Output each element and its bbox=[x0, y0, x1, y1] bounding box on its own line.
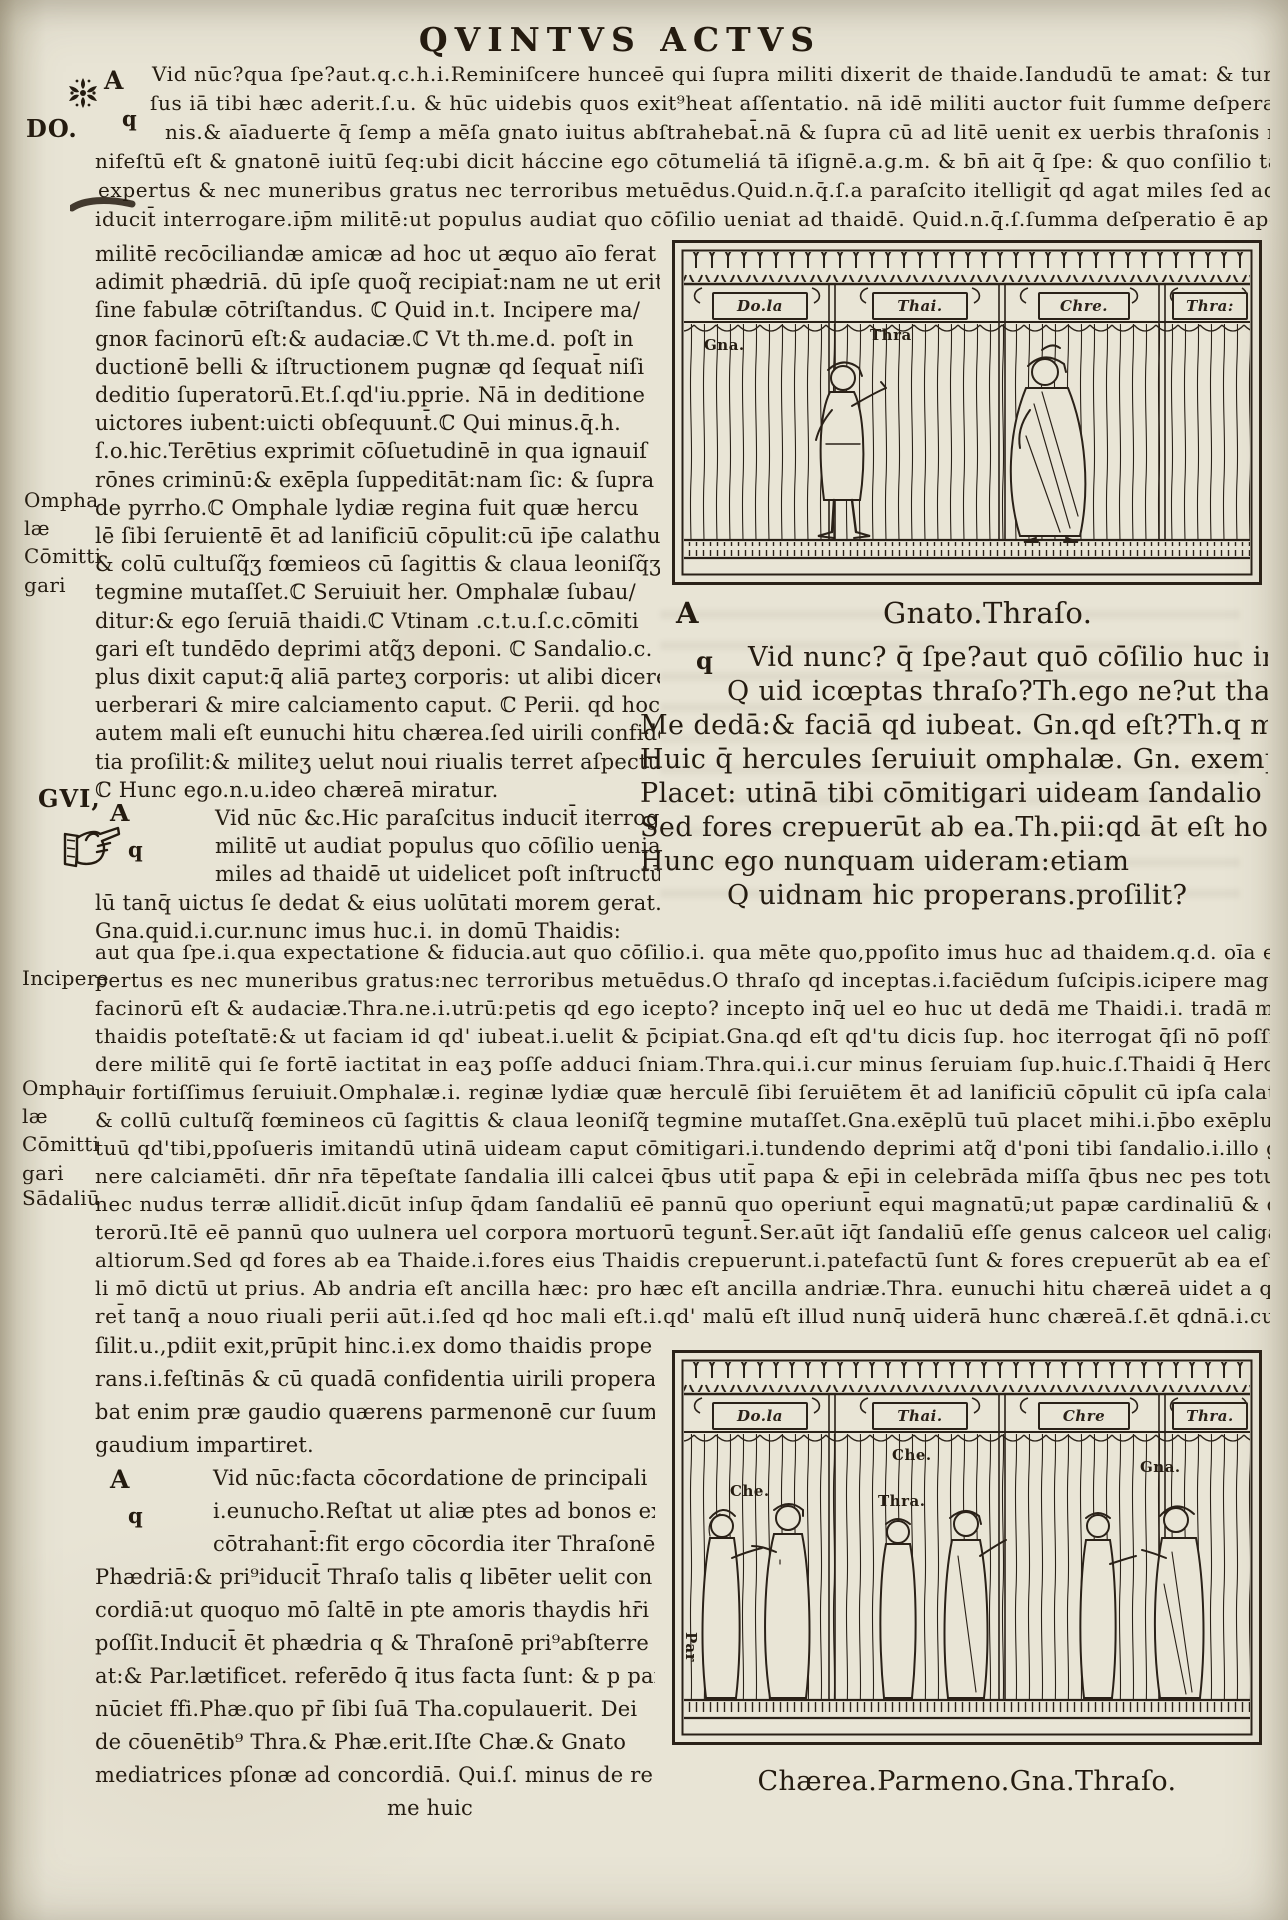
name-plaque: Do.la bbox=[712, 292, 808, 320]
name-plaque: Chre bbox=[1038, 1402, 1130, 1430]
bottom-lines: ſilit.u.,pdiit exit,prūpit hinc.i.ex dom… bbox=[95, 1330, 655, 1462]
text-line: dere militē qui ſe fortē iactitat in eaʒ… bbox=[95, 1050, 1270, 1078]
text-line: tegmine mutaſſet.ℂ Seruiuit her. Omphalæ… bbox=[95, 578, 660, 606]
text-line: nere calciamēti. dn̄r nr̄a tēpeſtate ſan… bbox=[95, 1162, 1270, 1190]
text-line: de pyrrho.ℂ Omphale lydiæ regina fuit qu… bbox=[95, 494, 660, 522]
margin-note: læ bbox=[22, 1102, 99, 1130]
figure-label: Thra. bbox=[878, 1492, 925, 1510]
text-line: i.eunucho.Reſtat ut aliæ ptes ad bonos e… bbox=[95, 1495, 655, 1528]
text-line: ſine fabulæ cōtriſtandus. ℂ Quid in.t. I… bbox=[95, 296, 660, 324]
verse-line: Placet: utinā tibi cōmitigari uideam ſan… bbox=[640, 777, 1268, 811]
text-line: nec nudus terræ allidit̄.dicūt inſup q̄d… bbox=[95, 1190, 1270, 1218]
text-line: autem mali eſt eunuchi hitu chærea.ſed u… bbox=[95, 719, 660, 747]
text-line: pertus es nec muneribus gratus:nec terro… bbox=[95, 966, 1270, 994]
text-line: tia proſilit:& militeʒ uelut noui riuali… bbox=[95, 748, 660, 776]
verse-line: Q uidnam hic properans.proſilit? bbox=[640, 879, 1268, 913]
text-line: Vid nūc:facta cōcordatione de principali… bbox=[95, 1462, 655, 1495]
text-line: poſſit.Inducit̄ ēt phædria q & Thraſonē … bbox=[95, 1627, 655, 1660]
text-line: adimit phædriā. dū ipſe quoq̃ recipiat̄:… bbox=[95, 268, 660, 296]
woodcut-illustration-2: Do.la Thai. Chre Thra. Che. Che. Thra. G… bbox=[672, 1350, 1262, 1745]
verse-line: Me dedā:& faciā qd iubeat. Gn.qd eſt?Th.… bbox=[640, 709, 1268, 743]
commentary-mid: aut qua ſpe.i.qua expectatione & fiducia… bbox=[95, 938, 1270, 1330]
figure-attendant bbox=[880, 1519, 915, 1698]
figure-label: Gna. bbox=[1140, 1458, 1181, 1476]
margin-note: Ompha bbox=[22, 1074, 99, 1102]
text-line: rans.i.feſtinās & cū quadā confidentia u… bbox=[95, 1363, 655, 1396]
text-line: plus dixit caput:q̄ aliā parteʒ corporis… bbox=[95, 663, 660, 691]
commentary-left: militē recōciliandæ amicæ ad hoc ut æquo… bbox=[95, 240, 660, 945]
text-line: Phædriā:& pri⁹iducit̄ Thraſo talis q lib… bbox=[95, 1561, 655, 1594]
gloss-initial-q: q bbox=[128, 1499, 143, 1532]
margin-note-gui: GVI, bbox=[38, 784, 101, 813]
figure-label: Che. bbox=[730, 1482, 770, 1500]
text-line: expertus & nec muneribus gratus nec terr… bbox=[95, 176, 1270, 205]
page-title: QVINTVS ACTVS bbox=[300, 20, 940, 59]
play-text: q Vid nunc? q̄ ſpe?aut quō cōſilio huc i… bbox=[640, 641, 1268, 913]
text-line: tuū qd'tibi,ppoſueris imitandū utinā uid… bbox=[95, 1134, 1270, 1162]
commentary-bottom-left: ſilit.u.,pdiit exit,prūpit hinc.i.ex dom… bbox=[95, 1330, 655, 1825]
text-line: Vid nūc &c.Hic paraſcitus inducit̄ iterr… bbox=[95, 804, 660, 832]
margin-notes-omphale-2: OmphalæCōmittigari bbox=[22, 1074, 99, 1187]
woodcut-illustration-1: Do.la Thai. Chre. Thra: Gna. Thra bbox=[672, 240, 1262, 585]
scene-caption-2: Chærea.Parmeno.Gna.Thraſo. bbox=[672, 1766, 1262, 1797]
text-line: deditio ſuperatorū.Et.ſ.qd'iu.pprie. Nā … bbox=[95, 381, 660, 409]
name-plaque: Thra. bbox=[1172, 1402, 1248, 1430]
text-line: uerberari & mire calciamento caput. ℂ Pe… bbox=[95, 691, 660, 719]
margin-notes-omphale-1: OmphalæCōmittigari bbox=[24, 486, 101, 599]
scene-letter: A bbox=[676, 596, 699, 630]
text-line: bat enim præ gaudio quærens parmenonē cu… bbox=[95, 1396, 655, 1429]
name-plaque: Do.la bbox=[712, 1402, 808, 1430]
gloss-initial-q: q bbox=[128, 836, 143, 864]
text-line: rōnes criminū:& exēpla ſuppeditāt:nam ſi… bbox=[95, 466, 660, 494]
text-line: & collū cultuſq̃ fœmineos cū ſagittis & … bbox=[95, 1106, 1270, 1134]
book-page: QVINTVS ACTVS DO. OmphalæCōmittigari GVI… bbox=[0, 0, 1288, 1920]
gloss-initial-a: A bbox=[104, 66, 124, 95]
name-plaque: Thai. bbox=[872, 292, 968, 320]
text-line: thaidis poteſtatē:& ut faciam id qd' iub… bbox=[95, 1022, 1270, 1050]
verse-text: Vid nunc? q̄ ſpe?aut quō cōſilio huc imu… bbox=[748, 642, 1268, 673]
text-line: nifeſtū eſt & gnatonē iuitū ſeq:ubi dici… bbox=[95, 147, 1270, 176]
text-line: terorū.Itē eē pannū quo uulnera uel corp… bbox=[95, 1218, 1270, 1246]
text-line: militē ut audiat populus quo cōſilio uen… bbox=[95, 832, 660, 860]
text-line: iducit̄ interrogare.ip̄m militē:ut popul… bbox=[95, 205, 1270, 234]
text-line: gnoʀ facinorū eſt:& audaciæ.ℂ Vt th.me.d… bbox=[95, 325, 660, 353]
verse-line: Q uid icœptas thraſo?Th.ego ne?ut thaidi bbox=[640, 675, 1268, 709]
text-line: de cōuenētib⁹ Thra.& Phæ.erit.Iſte Chæ.&… bbox=[95, 1726, 655, 1759]
text-line: mediatrices pſonæ ad concordiā. Qui.ſ. m… bbox=[95, 1759, 655, 1792]
gloss-initial-q: q bbox=[122, 104, 137, 133]
text-line: li mō dictū ut prius. Ab andria eſt anci… bbox=[95, 1274, 1270, 1302]
text-line: ſilit.u.,pdiit exit,prūpit hinc.i.ex dom… bbox=[95, 1330, 655, 1363]
text-line: uictores iubent:uicti obſequunt̄.ℂ Qui m… bbox=[95, 409, 660, 437]
text-line: cordiā:ut quoquo mō ſaltē in pte amoris … bbox=[95, 1594, 655, 1627]
margin-note: Cōmitti bbox=[22, 1130, 99, 1158]
figure-label: Che. bbox=[892, 1446, 932, 1464]
text-line: Vid nūc?qua ſpe?aut.q.c.h.i.Reminiſcere … bbox=[95, 60, 1270, 89]
margin-note-do: DO. bbox=[26, 114, 78, 143]
text-line: lē ſibi ſeruientē ēt ad lanificiū cōpuli… bbox=[95, 522, 660, 550]
text-line: uir fortiſſimus ſeruiuit.Omphalæ.i. regi… bbox=[95, 1078, 1270, 1106]
text-line: nūciet ffi.Phæ.quo pr̄ ſibi ſuā Tha.copu… bbox=[95, 1693, 655, 1726]
gloss-initial-a: A bbox=[110, 1463, 130, 1496]
commentary-top: A q Vid nūc?qua ſpe?aut.q.c.h.i.Reminiſc… bbox=[95, 60, 1270, 234]
text-line: altiorum.Sed qd fores ab ea Thaide.i.for… bbox=[95, 1246, 1270, 1274]
text-line: nis.& aīaduerte q̄ ſemp a mēſa gnato iui… bbox=[95, 118, 1270, 147]
gloss-initial-a: A bbox=[110, 804, 130, 827]
verse-line: q Vid nunc? q̄ ſpe?aut quō cōſilio huc i… bbox=[640, 641, 1268, 675]
text-line: gaudium impartiret. bbox=[95, 1429, 655, 1462]
text-line: at:& Par.lætificet. referēdo q̄ itus fac… bbox=[95, 1660, 655, 1693]
margin-note: Ompha bbox=[24, 486, 101, 514]
text-line: ℂ Hunc ego.n.u.ideo chæreā miratur. bbox=[95, 776, 660, 804]
commentary-left-lines: militē recōciliandæ amicæ ad hoc ut æquo… bbox=[95, 240, 660, 804]
name-plaque: Thra: bbox=[1172, 292, 1248, 320]
commentary-left-gloss: A q Vid nūc &c.Hic paraſcitus inducit̄ i… bbox=[95, 804, 660, 945]
text-line: miles ad thaidē ut uidelicet poſt inſtru… bbox=[95, 860, 660, 888]
margin-note: Cōmitti bbox=[24, 542, 101, 570]
name-plaque: Thai. bbox=[872, 1402, 968, 1430]
text-line: gari eſt tundēdo deprimi atq̃ʒ deponi. ℂ… bbox=[95, 635, 660, 663]
figure-label: Par bbox=[682, 1632, 700, 1662]
text-line: lū tanq̄ uictus ſe dedat & eius uolūtati… bbox=[95, 889, 660, 917]
commentary-bottom-gloss: A q Vid nūc:facta cōcordatione de princi… bbox=[95, 1462, 655, 1561]
scene-caption-1: Gnato.Thraſo. bbox=[883, 596, 1093, 630]
bottom-lines-2: Phædriā:& pri⁹iducit̄ Thraſo talis q lib… bbox=[95, 1561, 655, 1792]
text-line: ditur:& ego ſeruiā thaidi.ℂ Vtinam .c.t.… bbox=[95, 607, 660, 635]
verse-line: Sed fores crepuerūt ab ea.Th.pii:qd āt e… bbox=[640, 811, 1268, 845]
text-line: & colū cultuſq̃ʒ fœmieos cū ſagittis & c… bbox=[95, 550, 660, 578]
margin-note: læ bbox=[24, 514, 101, 542]
margin-note: gari bbox=[24, 571, 101, 599]
name-plaque: Chre. bbox=[1038, 292, 1130, 320]
text-line: aut qua ſpe.i.qua expectatione & fiducia… bbox=[95, 938, 1270, 966]
verse-line: Huic q̄ hercules ſeruiuit omphalæ. Gn. e… bbox=[640, 743, 1268, 777]
text-line: facinorū eſt & audaciæ.Thra.ne.i.utrū:pe… bbox=[95, 994, 1270, 1022]
figure-label: Thra bbox=[870, 326, 912, 344]
text-line: ret̄ tanq̄ a nouo riuali perii aūt.i.ſed… bbox=[95, 1302, 1270, 1330]
margin-note: gari bbox=[22, 1159, 99, 1187]
text-line: ductionē belli & iſtructionem pugnæ qd ſ… bbox=[95, 353, 660, 381]
text-line: militē recōciliandæ amicæ ad hoc ut æquo… bbox=[95, 240, 660, 268]
figure-label: Gna. bbox=[704, 336, 745, 354]
text-line: ſus iā tibi hæc aderit.ſ.u. & hūc uidebi… bbox=[95, 89, 1270, 118]
margin-note-sandaliu: Sādaliū bbox=[22, 1186, 100, 1210]
text-line: ſ.o.hic.Terētius exprimit cōſuetudinē in… bbox=[95, 437, 660, 465]
text-line: me huic bbox=[95, 1792, 655, 1825]
gloss-initial-q: q bbox=[696, 644, 713, 675]
verse-line: Hunc ego nunquam uideram:etiam bbox=[640, 845, 1268, 879]
text-line: cōtrahant̄:fit ergo cōcordia iter Thraſo… bbox=[95, 1528, 655, 1561]
